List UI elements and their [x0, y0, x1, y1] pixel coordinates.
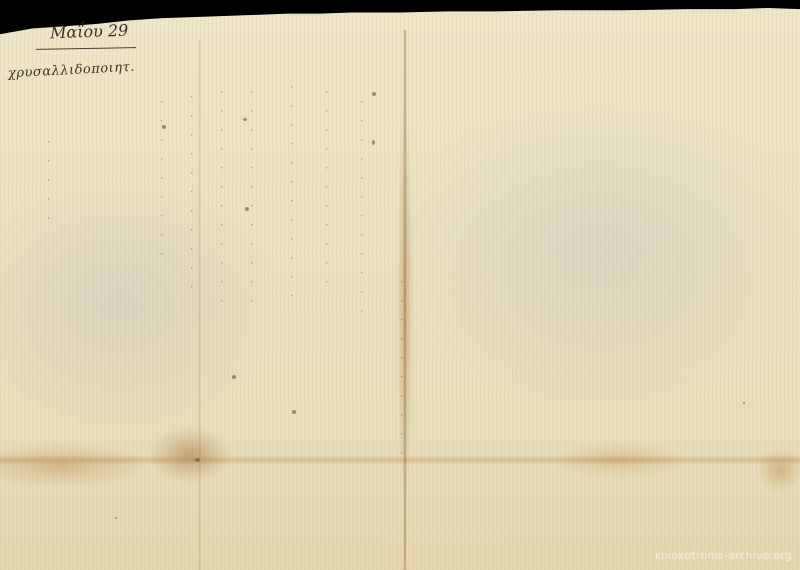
ink-spot: [372, 140, 375, 145]
ink-spot: [232, 375, 236, 379]
bleed-through-column: · · · · · · · · ·: [155, 100, 168, 261]
ink-spot: [743, 402, 745, 404]
ink-spot: [372, 92, 376, 96]
bleed-through-column: · · · · · · · · · · · ·: [215, 90, 228, 308]
bleed-through-column: · · · · · · · · · · ·: [185, 95, 198, 294]
ink-spot: [292, 410, 296, 414]
bleed-through-column: · · · · · · · · · · · ·: [355, 100, 368, 318]
ink-spot: [195, 458, 200, 462]
bleed-through-column: · · · · · · · · · · · ·: [245, 90, 258, 308]
ink-spot: [243, 118, 247, 121]
bleed-through-column: · · · · · · · · · · ·: [320, 90, 333, 289]
ink-spot: [245, 207, 249, 211]
document-date: Μαΐου 29: [50, 21, 129, 43]
bleed-through-column: · · · · · · · · · · · ·: [285, 85, 298, 303]
secondary-fold-crease: [198, 40, 201, 570]
bleed-through-column: · · · · · · · · · ·: [395, 280, 408, 460]
archive-watermark: kolokotronis-archive.org: [655, 549, 792, 562]
ink-spot: [115, 517, 117, 519]
ink-spot: [162, 125, 166, 129]
bleed-through-column: · · · · ·: [42, 140, 55, 225]
